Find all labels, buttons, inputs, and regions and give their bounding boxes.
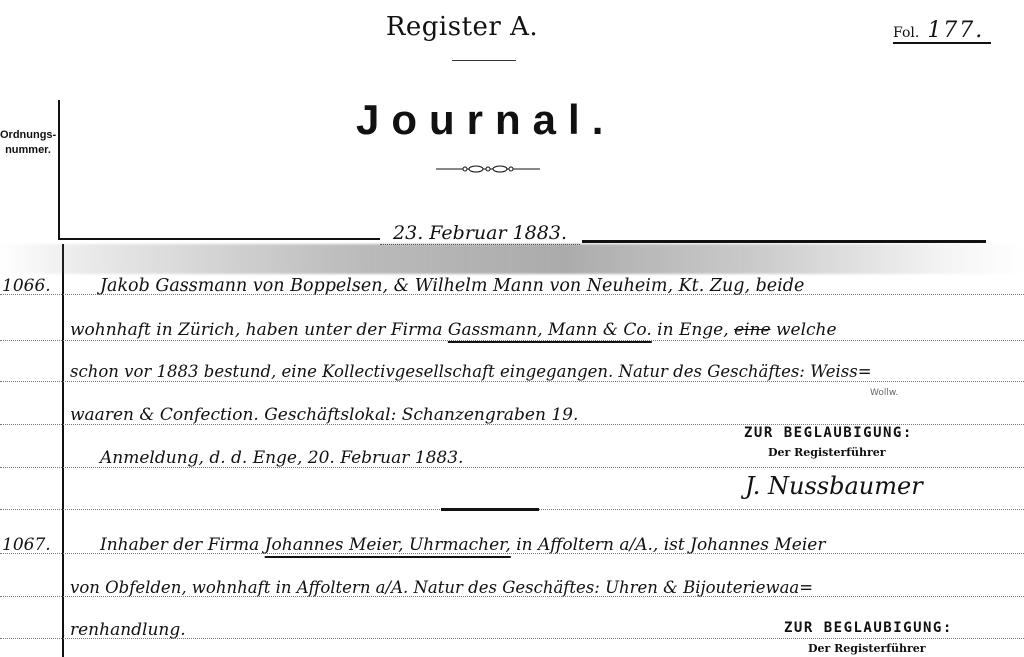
entry-line: schon vor 1883 bestund, eine Kollectivge… [70, 362, 872, 381]
pencil-note: Wollw. [870, 388, 898, 398]
ruled-line [0, 340, 1024, 341]
column-label-line2: nummer. [0, 143, 56, 158]
folio: Fol.177. [893, 18, 991, 43]
register-title: Register A. [0, 12, 974, 42]
entry-line: Inhaber der Firma Johannes Meier, Uhrmac… [100, 535, 825, 555]
title-rule [452, 60, 516, 61]
order-number-column-header: Ordnungs- nummer. [0, 128, 56, 158]
firm-name: Gassmann, Mann & Co. [448, 320, 652, 340]
stamp-subtitle: Der Registerführer [768, 446, 886, 459]
date-heading: 23. Februar 1883. [380, 222, 580, 245]
registrar-signature: J. Nussbaumer [745, 472, 923, 500]
entry-number: 1066. [2, 276, 58, 296]
column-divider [58, 100, 60, 240]
folio-underline [893, 42, 991, 44]
stamp-heading: ZUR BEGLAUBIGUNG: [744, 425, 913, 441]
stamp-heading: ZUR BEGLAUBIGUNG: [784, 620, 953, 636]
date-rule-left [58, 238, 380, 240]
entry-line: wohnhaft in Zürich, haben unter der Firm… [70, 320, 837, 340]
entry-number: 1067. [2, 535, 58, 555]
firm-name: Johannes Meier, Uhrmacher, [265, 535, 511, 555]
entry-line: waaren & Confection. Geschäftslokal: Sch… [70, 405, 578, 425]
folio-number: 177. [927, 18, 984, 43]
ornament-divider-icon [436, 165, 540, 173]
folio-label: Fol. [893, 25, 919, 41]
column-label-line1: Ordnungs- [0, 128, 56, 143]
struck-word: eine [734, 320, 771, 340]
stamp-subtitle: Der Registerführer [808, 642, 926, 655]
journal-title: Journal. [356, 96, 615, 144]
entry-line: von Obfelden, wohnhaft in Affoltern a/A.… [70, 578, 813, 597]
ruled-line [0, 381, 1024, 382]
entry-separator [441, 508, 539, 511]
entry-line: Jakob Gassmann von Boppelsen, & Wilhelm … [100, 276, 804, 296]
entry-line: Anmeldung, d. d. Enge, 20. Februar 1883. [100, 448, 463, 468]
scan-smudge [0, 244, 1024, 274]
date-rule-right [582, 240, 986, 243]
entry-line: renhandlung. [70, 620, 186, 640]
